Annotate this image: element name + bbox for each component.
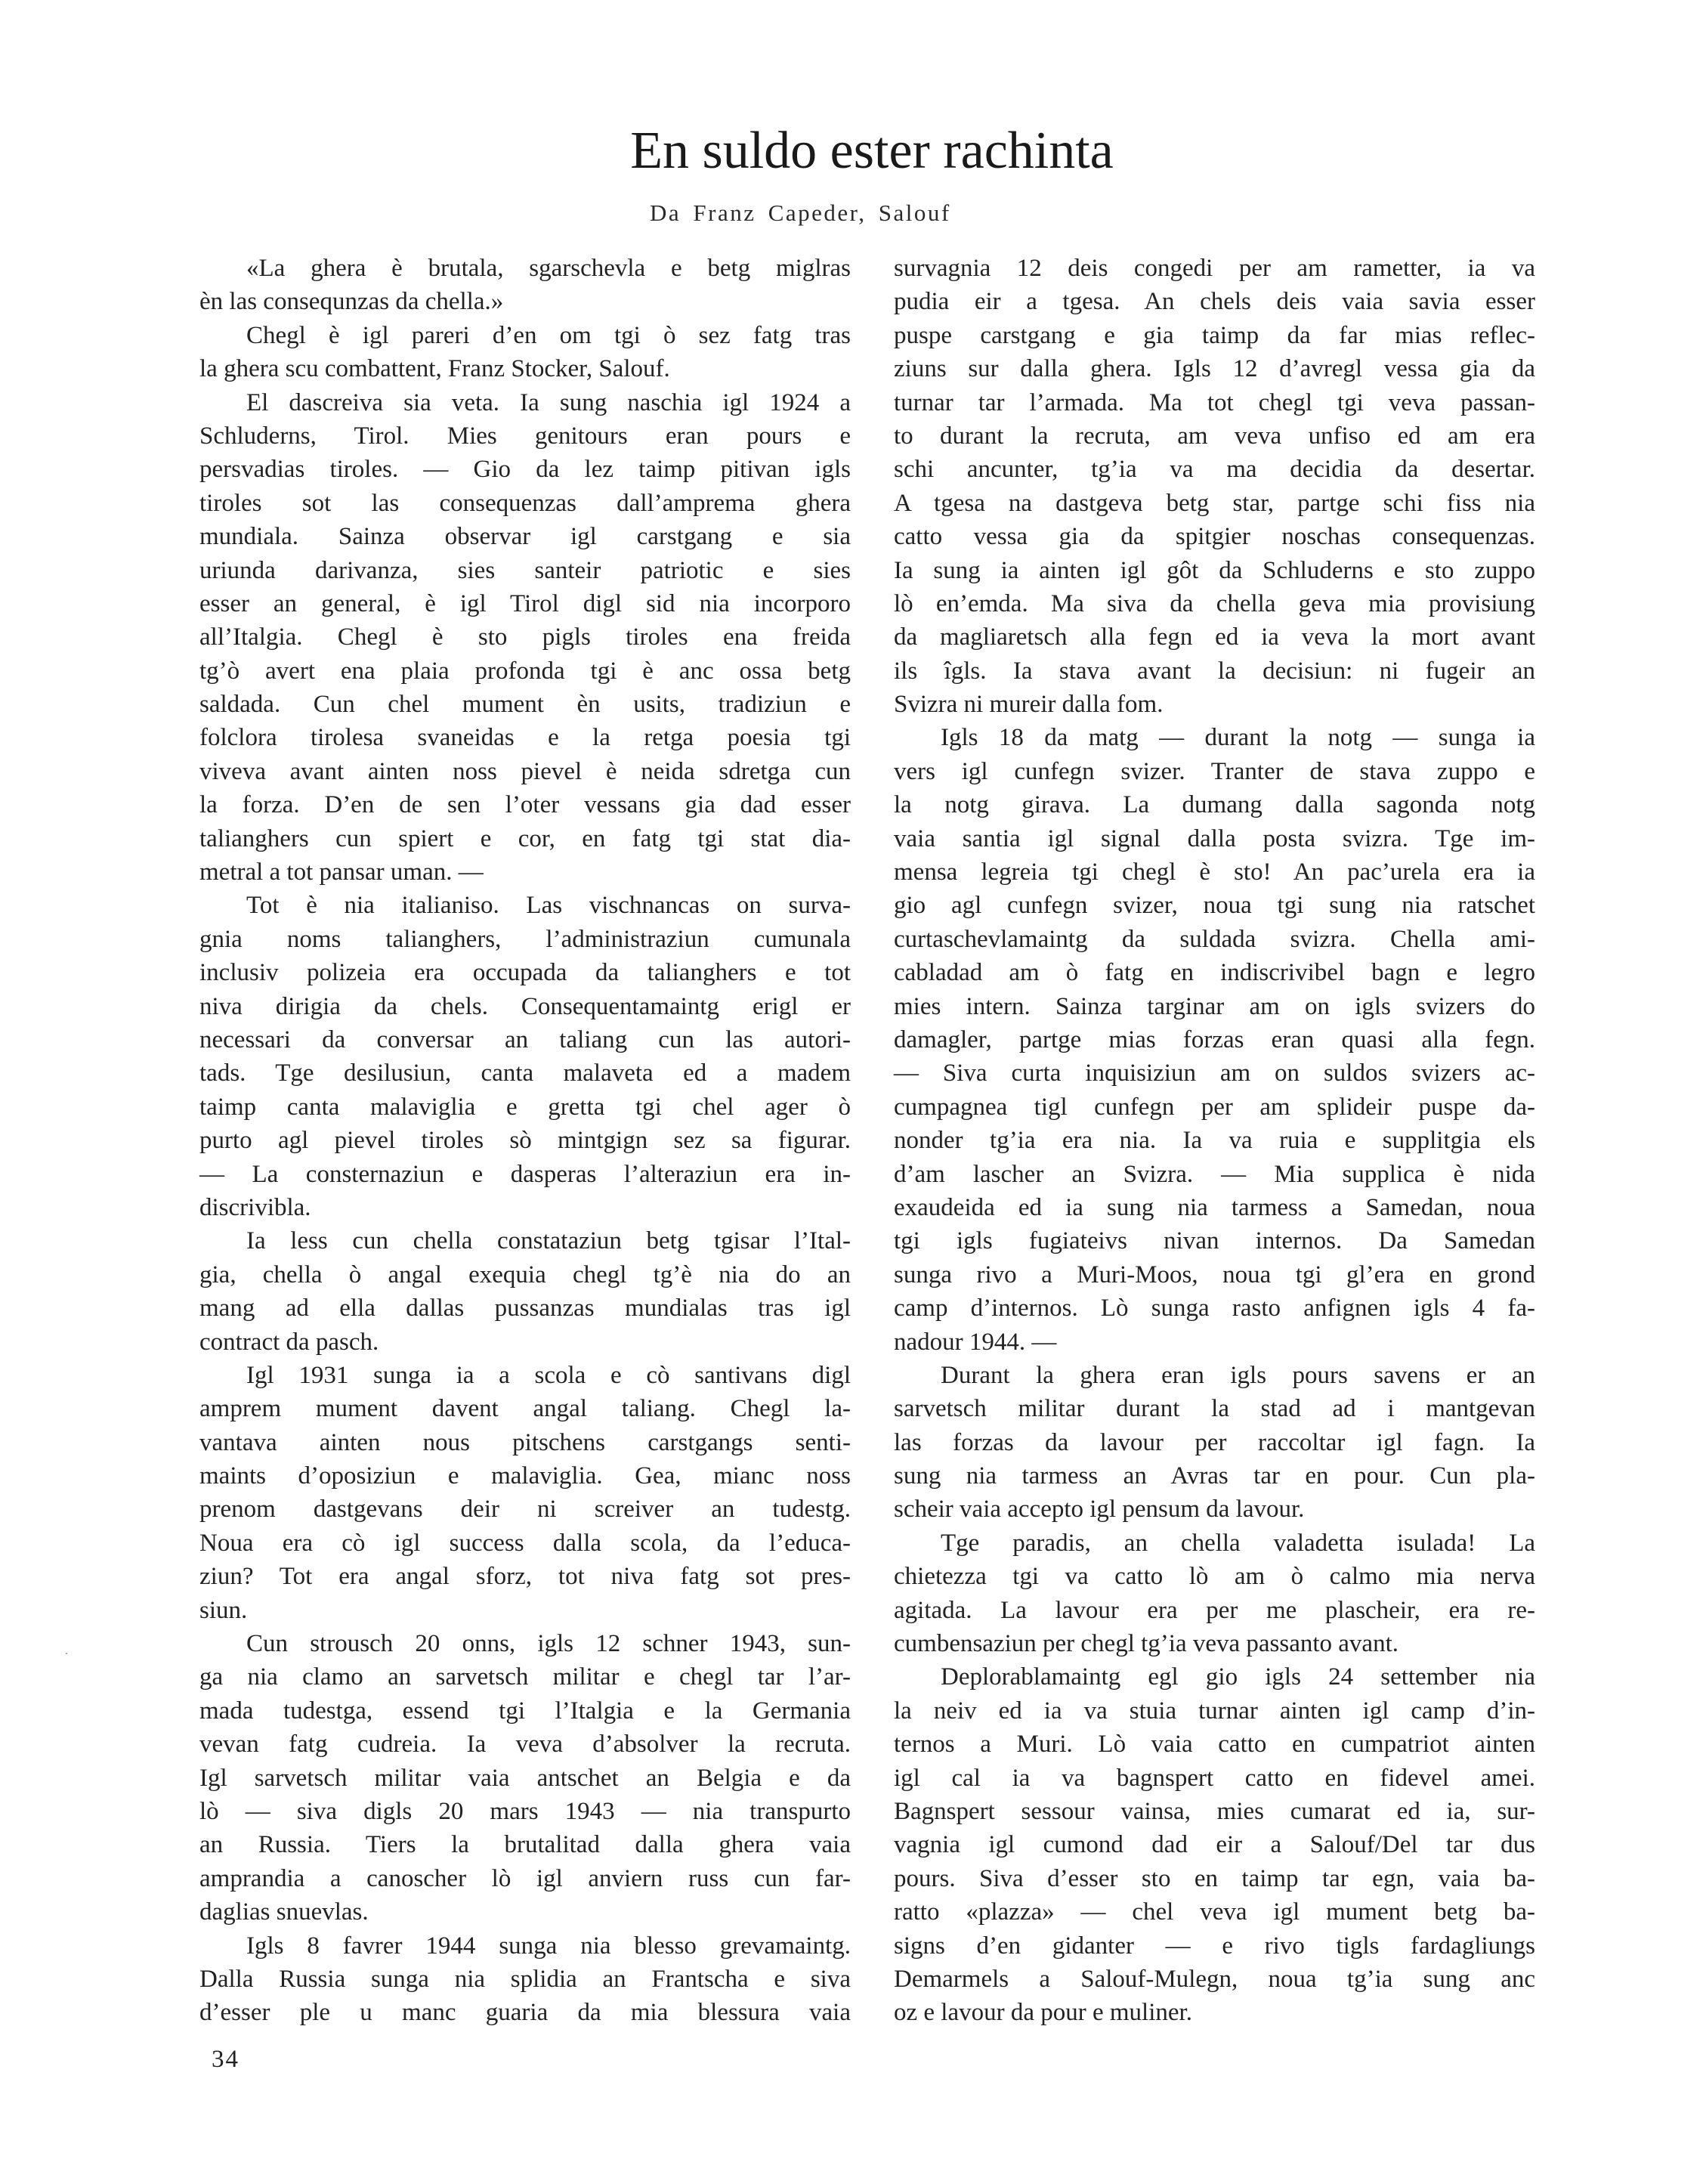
text-line: talianghers cun spiert e cor, en fatg tg… (199, 822, 851, 855)
text-line: cumbensaziun per chegl tg’ia veva passan… (894, 1627, 1535, 1660)
text-line: exaudeida ed ia sung nia tarmess a Samed… (894, 1191, 1535, 1224)
page-title: En suldo ester rachinta (0, 121, 1706, 181)
text-line: ziuns sur dalla ghera. Igls 12 d’avregl … (894, 352, 1535, 385)
text-line: an Russia. Tiers la brutalitad dalla ghe… (199, 1828, 851, 1861)
text-line: ratto «plazza» — chel veva igl mument be… (894, 1895, 1535, 1929)
text-line: purto agl pievel tiroles sò mintgign sez… (199, 1124, 851, 1157)
text-line: prenom dastgevans deir ni screiver an tu… (199, 1493, 851, 1526)
text-line: èn las consequnzas da chella.» (199, 285, 851, 318)
text-line: agitada. La lavour era per me plascheir,… (894, 1594, 1535, 1627)
text-line: scheir vaia accepto igl pensum da lavour… (894, 1493, 1535, 1526)
text-line: sunga rivo a Muri-Moos, noua tgi gl’era … (894, 1258, 1535, 1292)
text-line: nonder tg’ia era nia. Ia va ruia e suppl… (894, 1124, 1535, 1157)
text-line: Dalla Russia sunga nia splidia an Frants… (199, 1963, 851, 1996)
text-line: A tgesa na dastgeva betg star, partge sc… (894, 487, 1535, 520)
text-line: lò en’emda. Ma siva da chella geva mia p… (894, 587, 1535, 620)
byline: Da Franz Capeder, Salouf (650, 198, 1088, 228)
text-line: — La consternaziun e dasperas l’alterazi… (199, 1158, 851, 1191)
text-line: catto vessa gia da spitgier noschas cons… (894, 520, 1535, 553)
text-line: cumpagnea tigl cunfegn per am splideir p… (894, 1090, 1535, 1124)
text-line: saldada. Cun chel mument èn usits, tradi… (199, 688, 851, 721)
text-line: oz e lavour da pour e muliner. (894, 1996, 1535, 2029)
text-line: mies intern. Sainza targinar am on igls … (894, 990, 1535, 1023)
text-line: nadour 1944. — (894, 1326, 1535, 1359)
text-line: chietezza tgi va catto lò am ò calmo mia… (894, 1560, 1535, 1593)
text-line: turnar tar l’armada. Ma tot chegl tgi ve… (894, 386, 1535, 419)
text-line: d’am lascher an Svizra. — Mia supplica è… (894, 1158, 1535, 1191)
text-line: Bagnspert sessour vainsa, mies cumarat e… (894, 1795, 1535, 1828)
text-line: Schluderns, Tirol. Mies genitours eran p… (199, 419, 851, 453)
text-line: curtaschevlamaintg da suldada svizra. Ch… (894, 923, 1535, 956)
text-line: da magliaretsch alla fegn ed ia veva la … (894, 620, 1535, 654)
text-line: Tot è nia italianiso. Las vischnancas on… (199, 889, 851, 922)
text-line: vagnia igl cumond dad eir a Salouf/Del t… (894, 1828, 1535, 1861)
text-line: taimp canta malaviglia e gretta tgi chel… (199, 1090, 851, 1124)
text-line: «La ghera è brutala, sgarschevla e betg … (199, 252, 851, 285)
text-line: Igls 8 favrer 1944 sunga nia blesso grev… (199, 1929, 851, 1963)
text-line: Tge paradis, an chella valadetta isulada… (894, 1527, 1535, 1560)
text-line: metral a tot pansar uman. — (199, 855, 851, 889)
text-line: all’Italgia. Chegl è sto pigls tiroles e… (199, 620, 851, 654)
text-line: niva dirigia da chels. Consequentamaintg… (199, 990, 851, 1023)
text-line: sarvetsch militar durant la stad ad i ma… (894, 1392, 1535, 1425)
page-number: 34 (212, 2044, 240, 2074)
text-line: schi ancunter, tg’ia va ma decidia da de… (894, 453, 1535, 486)
text-line: Cun strousch 20 onns, igls 12 schner 194… (199, 1627, 851, 1660)
text-line: viveva avant ainten noss pievel è neida … (199, 755, 851, 788)
text-line: necessari da conversar an taliang cun la… (199, 1023, 851, 1056)
text-line: la ghera scu combattent, Franz Stocker, … (199, 352, 851, 385)
text-line: maints d’oposiziun e malaviglia. Gea, mi… (199, 1459, 851, 1493)
text-line: cabladad am ò fatg en indiscrivibel bagn… (894, 956, 1535, 989)
text-line: tiroles sot las consequenzas dall’amprem… (199, 487, 851, 520)
text-line: vantava ainten nous pitschens carstgangs… (199, 1426, 851, 1459)
text-line: to durant la recruta, am veva unfiso ed … (894, 419, 1535, 453)
text-line: survagnia 12 deis congedi per am ramette… (894, 252, 1535, 285)
text-line: daglias snuevlas. (199, 1895, 851, 1929)
text-line: la notg girava. La dumang dalla sagonda … (894, 788, 1535, 821)
text-line: ils îgls. Ia stava avant la decisiun: ni… (894, 654, 1535, 688)
text-line: inclusiv polizeia era occupada da talian… (199, 956, 851, 989)
text-line: vers igl cunfegn svizer. Tranter de stav… (894, 755, 1535, 788)
text-line: amprandia a canoscher lò igl anviern rus… (199, 1862, 851, 1895)
text-line: pours. Siva d’esser sto en taimp tar egn… (894, 1862, 1535, 1895)
text-line: vaia santia igl signal dalla posta svizr… (894, 822, 1535, 855)
text-line: gio agl cunfegn svizer, noua tgi sung ni… (894, 889, 1535, 922)
text-line: damagler, partge mias forzas eran quasi … (894, 1023, 1535, 1056)
text-line: pudia eir a tgesa. An chels deis vaia sa… (894, 285, 1535, 318)
text-line: Igl 1931 sunga ia a scola e cò santivans… (199, 1359, 851, 1392)
text-line: esser an general, è igl Tirol digl sid n… (199, 587, 851, 620)
text-line: Deplorablamaintg egl gio igls 24 settemb… (894, 1660, 1535, 1694)
text-line: la forza. D’en de sen l’oter vessans gia… (199, 788, 851, 821)
text-line: Igls 18 da matg — durant la notg — sunga… (894, 721, 1535, 754)
text-line: gia, chella ò angal exequia chegl tg’è n… (199, 1258, 851, 1292)
text-line: vevan fatg cudreia. Ia veva d’absolver l… (199, 1728, 851, 1761)
text-line: mensa legreia tgi chegl è sto! An pac’ur… (894, 855, 1535, 889)
text-line: tgi igls fugiateivs nivan internos. Da S… (894, 1224, 1535, 1258)
text-line: ga nia clamo an sarvetsch militar e cheg… (199, 1660, 851, 1694)
text-line: Ia sung ia ainten igl gôt da Schluderns … (894, 554, 1535, 587)
text-line: tg’ò avert ena plaia profonda tgi è anc … (199, 654, 851, 688)
text-line: discrivibla. (199, 1191, 851, 1224)
text-line: igl cal ia va bagnspert catto en fidevel… (894, 1762, 1535, 1795)
text-line: camp d’internos. Lò sunga rasto anfignen… (894, 1292, 1535, 1325)
text-line: siun. (199, 1594, 851, 1627)
text-line: El dascreiva sia veta. Ia sung naschia i… (199, 386, 851, 419)
text-line: gnia noms talianghers, l’administraziun … (199, 923, 851, 956)
text-column-left: «La ghera è brutala, sgarschevla e betg … (199, 252, 851, 2030)
text-line: la neiv ed ia va stuia turnar ainten igl… (894, 1694, 1535, 1728)
text-line: Noua era cò igl success dalla scola, da … (199, 1527, 851, 1560)
text-line: las forzas da lavour per raccoltar igl f… (894, 1426, 1535, 1459)
text-line: signs d’en gidanter — e rivo tigls farda… (894, 1929, 1535, 1963)
text-line: puspe carstgang e gia taimp da far mias … (894, 319, 1535, 352)
text-column-right: survagnia 12 deis congedi per am ramette… (894, 252, 1535, 2030)
text-line: lò — siva digls 20 mars 1943 — nia trans… (199, 1795, 851, 1828)
text-line: Chegl è igl pareri d’en om tgi ò sez fat… (199, 319, 851, 352)
text-line: tads. Tge desilusiun, canta malaveta ed … (199, 1056, 851, 1090)
text-line: Svizra ni mureir dalla fom. (894, 688, 1535, 721)
text-line: Igl sarvetsch militar vaia antschet an B… (199, 1762, 851, 1795)
text-line: mundiala. Sainza observar igl carstgang … (199, 520, 851, 553)
text-line: Demarmels a Salouf-Mulegn, noua tg’ia su… (894, 1963, 1535, 1996)
text-line: ternos a Muri. Lò vaia catto en cumpatri… (894, 1728, 1535, 1761)
text-line: mada tudestga, essend tgi l’Italgia e la… (199, 1694, 851, 1728)
scan-speck (66, 1653, 67, 1654)
text-line: amprem mument davent angal taliang. Cheg… (199, 1392, 851, 1425)
text-line: sung nia tarmess an Avras tar en pour. C… (894, 1459, 1535, 1493)
text-line: ziun? Tot era angal sforz, tot niva fatg… (199, 1560, 851, 1593)
text-line: uriunda darivanza, sies santeir patrioti… (199, 554, 851, 587)
text-line: mang ad ella dallas pussanzas mundialas … (199, 1292, 851, 1325)
text-line: d’esser ple u manc guaria da mia blessur… (199, 1996, 851, 2029)
text-line: folclora tirolesa svaneidas e la retga p… (199, 721, 851, 754)
text-line: — Siva curta inquisiziun am on suldos sv… (894, 1056, 1535, 1090)
text-line: Ia less cun chella constataziun betg tgi… (199, 1224, 851, 1258)
text-line: contract da pasch. (199, 1326, 851, 1359)
text-line: persvadias tiroles. — Gio da lez taimp p… (199, 453, 851, 486)
text-line: Durant la ghera eran igls pours savens e… (894, 1359, 1535, 1392)
